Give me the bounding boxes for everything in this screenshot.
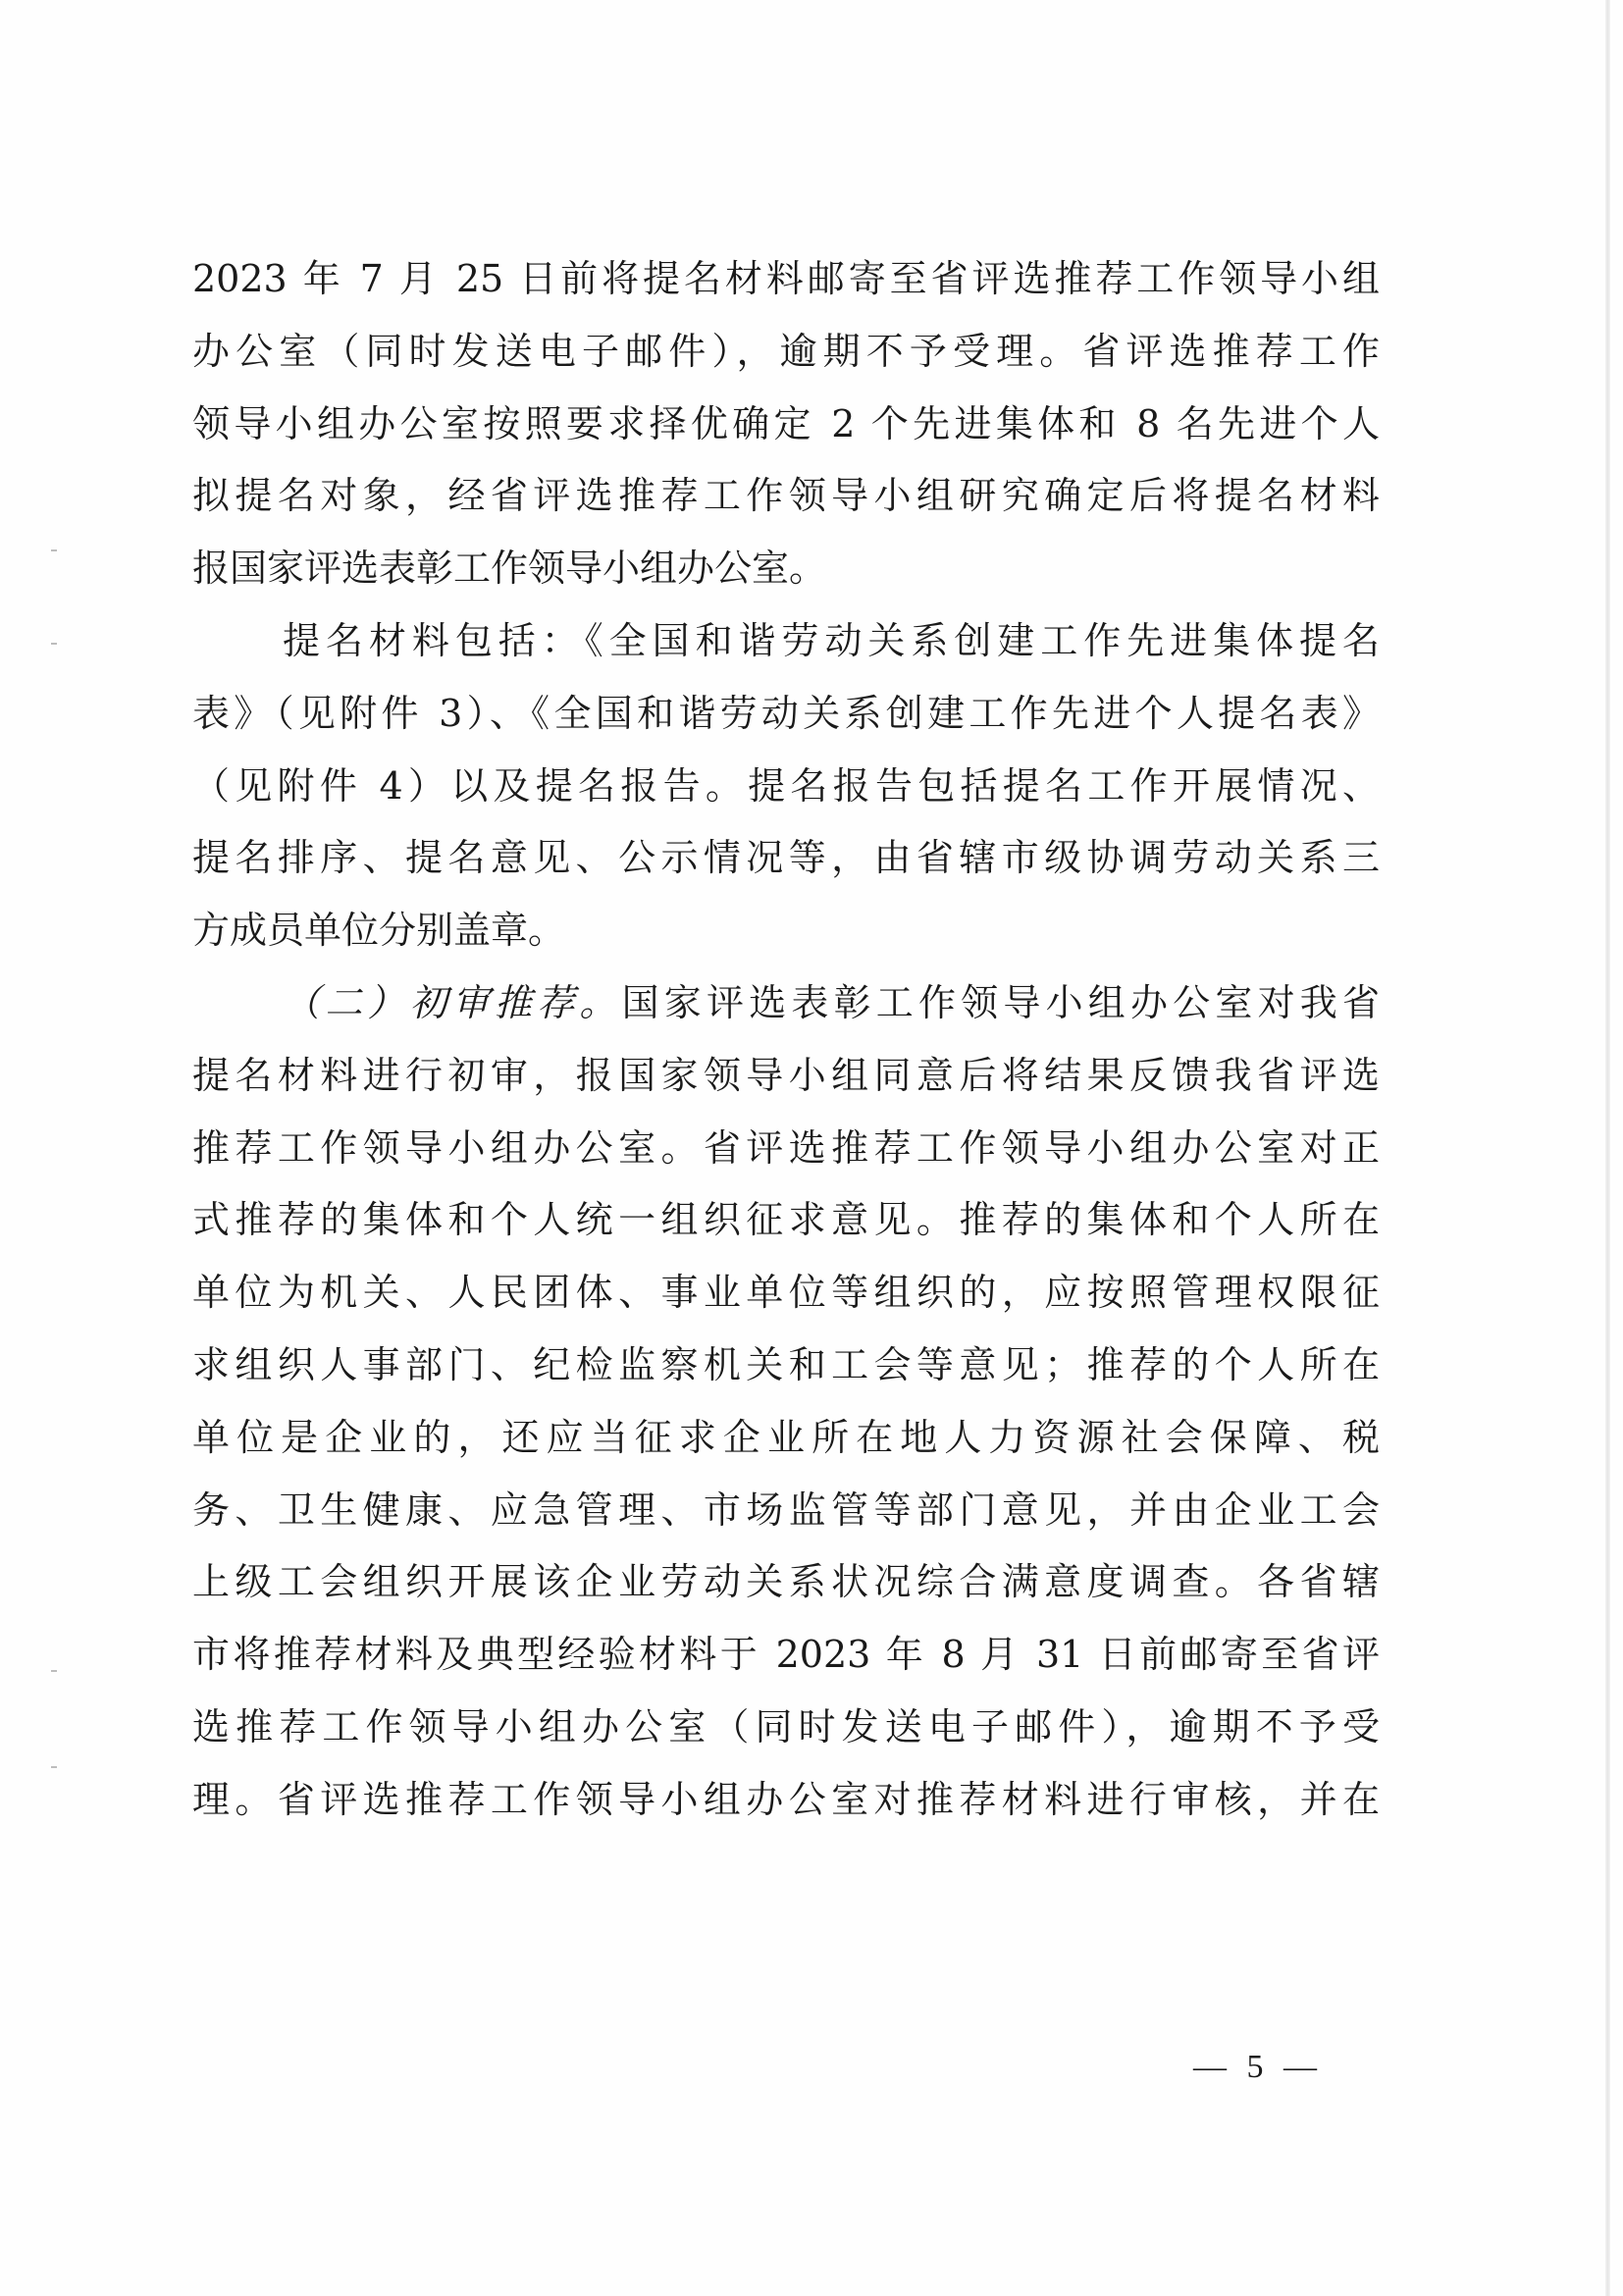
text-line: 选推荐工作领导小组办公室（同时发送电子邮件），逾期不予受 xyxy=(192,1692,1380,1764)
text-line: 办公室（同时发送电子邮件），逾期不予受理。省评选推荐工作 xyxy=(192,316,1380,389)
text-line: 报国家评选表彰工作领导小组办公室。 xyxy=(192,533,1380,605)
text-line: 提名材料包括：《全国和谐劳动关系创建工作先进集体提名 xyxy=(192,605,1380,678)
document-page: 2023 年 7 月 25 日前将提名材料邮寄至省评选推荐工作领导小组 办公室（… xyxy=(0,0,1623,2296)
text-span: 国家评选表彰工作领导小组办公室对我省 xyxy=(622,981,1380,1024)
text-line: 上级工会组织开展该企业劳动关系状况综合满意度调查。各省辖 xyxy=(192,1546,1380,1619)
text-line: 式推荐的集体和个人统一组织征求意见。推荐的集体和个人所在 xyxy=(192,1184,1380,1257)
text-line: 单位为机关、人民团体、事业单位等组织的，应按照管理权限征 xyxy=(192,1257,1380,1330)
binding-mark xyxy=(51,1670,57,1672)
binding-mark xyxy=(51,549,57,551)
text-line: 拟提名对象，经省评选推荐工作领导小组研究确定后将提名材料 xyxy=(192,460,1380,533)
text-line: 2023 年 7 月 25 日前将提名材料邮寄至省评选推荐工作领导小组 xyxy=(192,243,1380,316)
text-line: 表》（见附件 3）、《全国和谐劳动关系创建工作先进个人提名表》 xyxy=(192,678,1380,751)
text-line: （二）初审推荐。国家评选表彰工作领导小组办公室对我省 xyxy=(192,967,1380,1040)
text-line: 市将推荐材料及典型经验材料于 2023 年 8 月 31 日前邮寄至省评 xyxy=(192,1619,1380,1692)
text-line: 领导小组办公室按照要求择优确定 2 个先进集体和 8 名先进个人 xyxy=(192,389,1380,461)
binding-mark xyxy=(51,643,57,645)
binding-mark xyxy=(51,1766,57,1768)
text-line: 理。省评选推荐工作领导小组办公室对推荐材料进行审核，并在 xyxy=(192,1764,1380,1837)
text-line: 推荐工作领导小组办公室。省评选推荐工作领导小组办公室对正 xyxy=(192,1113,1380,1185)
text-line: 方成员单位分别盖章。 xyxy=(192,895,1380,967)
text-line: 提名材料进行初审，报国家领导小组同意后将结果反馈我省评选 xyxy=(192,1040,1380,1113)
scan-edge xyxy=(1605,0,1610,2296)
section-heading: （二）初审推荐。 xyxy=(283,981,622,1024)
text-line: 提名排序、提名意见、公示情况等，由省辖市级协调劳动关系三 xyxy=(192,822,1380,895)
text-line: 单位是企业的，还应当征求企业所在地人力资源社会保障、税 xyxy=(192,1402,1380,1475)
text-line: 务、卫生健康、应急管理、市场监管等部门意见，并由企业工会 xyxy=(192,1475,1380,1547)
page-number: — 5 — xyxy=(1193,2049,1323,2086)
text-line: 求组织人事部门、纪检监察机关和工会等意见；推荐的个人所在 xyxy=(192,1330,1380,1402)
text-line: （见附件 4）以及提名报告。提名报告包括提名工作开展情况、 xyxy=(192,751,1380,823)
document-body: 2023 年 7 月 25 日前将提名材料邮寄至省评选推荐工作领导小组 办公室（… xyxy=(192,243,1380,1837)
